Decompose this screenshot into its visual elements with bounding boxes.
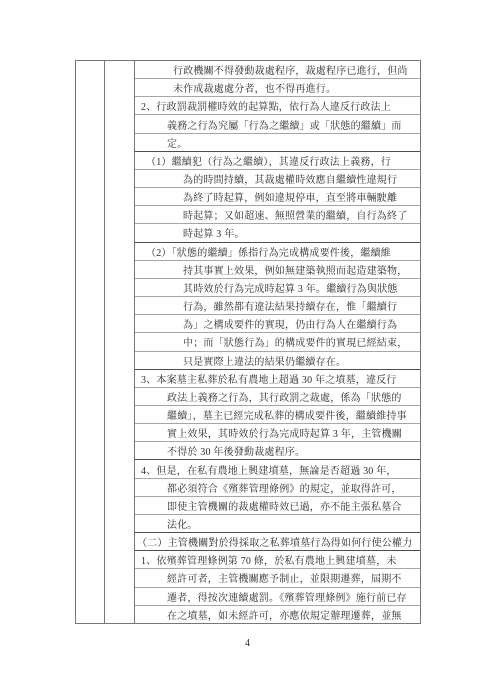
table-row: 都必須符合《殯葬管理條例》的規定，並取得許可，: [135, 479, 420, 497]
table-row: 政法上義務之行為，其行政罰之裁處，係為「狀態的: [135, 388, 420, 406]
legal-opinion-table: 行政機關不得發動裁處程序，裁處程序已進行，但尚未作成裁處處分者，也不得再進行。2…: [75, 60, 421, 624]
table-main-column: 行政機關不得發動裁處程序，裁處程序已進行，但尚未作成裁處處分者，也不得再進行。2…: [135, 61, 420, 623]
table-empty-column-1: [76, 61, 105, 623]
table-row: 即使主管機關的裁處權時效已過，亦不能主張私墓合: [135, 497, 420, 515]
table-row: 經許可者，主管機關應予制止，並限期遷葬，屆期不: [135, 569, 420, 587]
table-row: （2）「狀態的繼續」係指行為完成構成要件後，繼續維: [135, 243, 420, 261]
table-row: 持其事實上效果，例如無建築執照而起造建築物，: [135, 261, 420, 279]
table-row: 4、但是，在私有農地上興建墳墓，無論是否超過 30 年，: [135, 460, 420, 478]
table-row: 2、行政罰裁罰權時效的起算點，依行為人違反行政法上: [135, 97, 420, 115]
table-row: 定。: [135, 134, 420, 152]
table-row: 法化。: [135, 515, 420, 533]
table-row: 不得於 30 年後發動裁處程序。: [135, 442, 420, 460]
table-row: 其時效於行為完成時起算 3 年。繼續行為與狀態: [135, 279, 420, 297]
table-row: 為」之構成要件的實現，仍由行為人在繼續行為: [135, 315, 420, 333]
table-row: 為終了時起算，例如違規停車，直至將車輛駛離: [135, 188, 420, 206]
table-row: 時起算 3 年。: [135, 224, 420, 242]
table-row: （二）主管機關對於得採取之私葬墳墓行為得如何行使公權力: [135, 533, 420, 551]
table-row: 繼續」，墓主已經完成私葬的構成要件後，繼續維持事: [135, 406, 420, 424]
table-row: 只是實際上違法的結果仍繼續存在。: [135, 352, 420, 370]
table-row: 遷者，得按次連續處罰。《殯葬管理條例》施行前已存: [135, 588, 420, 606]
table-row: 時起算；又如超速、無照營業的繼續，自行為終了: [135, 206, 420, 224]
page-number: 4: [0, 638, 495, 649]
table-row: 行政機關不得發動裁處程序，裁處程序已進行，但尚: [135, 61, 420, 79]
table-row: 實上效果，其時效於行為完成時起算 3 年，主管機關: [135, 424, 420, 442]
table-empty-column-2: [105, 61, 135, 623]
table-row: 在之墳墓，如未經許可，亦應依規定辦理遷葬，並無: [135, 606, 420, 623]
document-page: 行政機關不得發動裁處程序，裁處程序已進行，但尚未作成裁處處分者，也不得再進行。2…: [0, 0, 495, 700]
table-row: （1）繼續犯（行為之繼續），其違反行政法上義務，行: [135, 152, 420, 170]
table-row: 中；而「狀態行為」的構成要件的實現已經結束，: [135, 333, 420, 351]
table-row: 行為，雖然都有違法結果持續存在，惟「繼續行: [135, 297, 420, 315]
table-row: 為的時間持續，其裁處權時效應自繼續性違規行: [135, 170, 420, 188]
table-row: 1、依殯葬管理條例第 70 條，於私有農地上興建墳墓，未: [135, 551, 420, 569]
table-row: 3、本案墓主私葬於私有農地上超過 30 年之墳墓，違反行: [135, 370, 420, 388]
table-row: 未作成裁處處分者，也不得再進行。: [135, 79, 420, 97]
table-row: 義務之行為究屬「行為之繼續」或「狀態的繼續」而: [135, 115, 420, 133]
